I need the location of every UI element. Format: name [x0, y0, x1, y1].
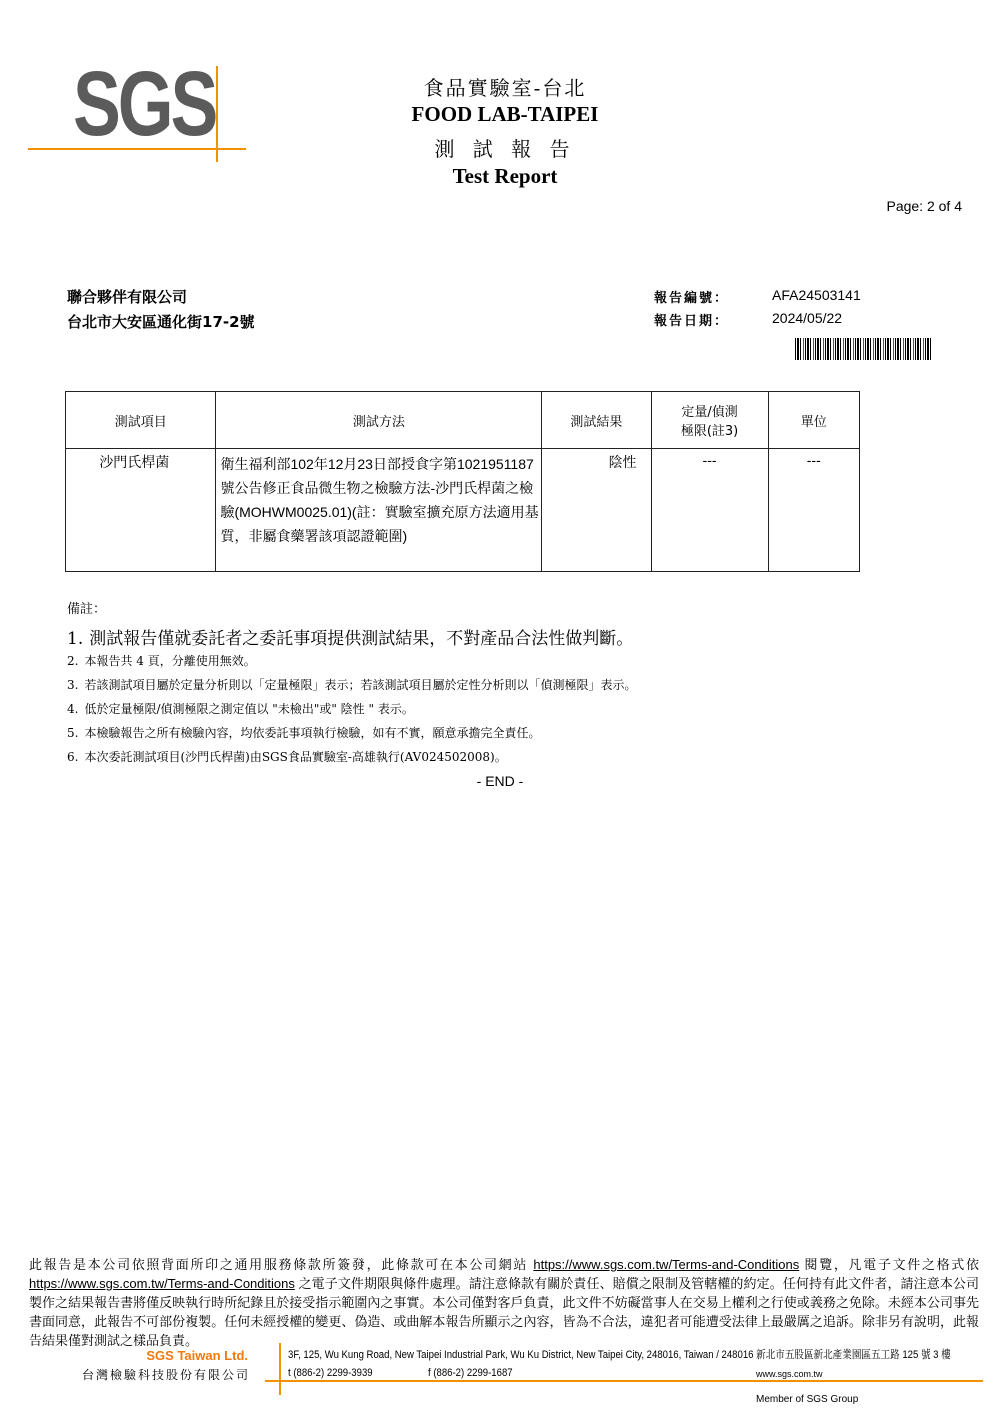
note-number: 4. — [67, 702, 78, 716]
client-name: 聯合夥伴有限公司 — [67, 286, 187, 307]
note-number: 5. — [67, 726, 78, 740]
header-limit-line1: 定量/偵測 — [653, 401, 767, 420]
disclaimer-text: 此報告是本公司依照背面所印之通用服務條款所簽發，此條款可在本公司網站 — [29, 1257, 533, 1272]
terms-link[interactable]: https://www.sgs.com.tw/Terms-and-Conditi… — [533, 1257, 799, 1272]
logo-horizontal-line — [28, 148, 246, 150]
header-test-method: 測試方法 — [216, 392, 542, 449]
footer-divider-vertical — [279, 1343, 281, 1395]
cell-limit: --- — [651, 449, 768, 572]
report-date: 2024/05/22 — [772, 310, 842, 326]
logo-text: SGS — [73, 58, 215, 150]
note-item: 3.若該測試項目屬於定量分析則以「定量極限」表示；若該測試項目屬於定性分析則以「… — [67, 676, 636, 693]
notes-title: 備註： — [67, 598, 106, 617]
report-number: AFA24503141 — [772, 287, 861, 303]
page-number: Page: 2 of 4 — [886, 198, 962, 214]
footer-address: 3F, 125, Wu Kung Road, New Taipei Indust… — [288, 1346, 951, 1362]
note-item: 1.測試報告僅就委託者之委託事項提供測試結果，不對產品合法性做判斷。 — [67, 624, 633, 649]
cell-test-method: 衛生福利部102年12月23日部授食字第1021951187號公告修正食品微生物… — [216, 449, 542, 572]
note-item: 2.本報告共 4 頁，分離使用無效。 — [67, 652, 256, 669]
report-number-label: 報告編號： — [654, 287, 729, 306]
note-number: 6. — [67, 750, 78, 764]
client-address: 台北市大安區通化街17-2號 — [67, 311, 255, 332]
footer-company-zh: 台灣檢驗科技股份有限公司 — [82, 1366, 250, 1383]
end-marker: - END - — [0, 773, 1000, 789]
sgs-logo: SGS — [28, 66, 248, 162]
table-row: 沙門氏桿菌 衛生福利部102年12月23日部授食字第1021951187號公告修… — [66, 449, 860, 572]
note-text: 若該測試項目屬於定量分析則以「定量極限」表示；若該測試項目屬於定性分析則以「偵測… — [84, 678, 636, 692]
terms-link[interactable]: https://www.sgs.com.tw/Terms-and-Conditi… — [29, 1276, 295, 1291]
footer-company-en: SGS Taiwan Ltd. — [146, 1348, 248, 1363]
footer-website[interactable]: www.sgs.com.tw — [756, 1369, 823, 1379]
lab-title-en: FOOD LAB-TAIPEI — [300, 102, 710, 127]
footer-member-text: Member of SGS Group — [756, 1394, 858, 1405]
lab-title-zh: 食品實驗室-台北 — [300, 72, 710, 101]
report-date-label: 報告日期： — [654, 310, 729, 329]
cell-test-result: 陰性 — [542, 449, 651, 572]
note-number: 3. — [67, 678, 78, 692]
header-limit: 定量/偵測 極限(註3) — [651, 392, 768, 449]
note-text: 低於定量極限/偵測極限之測定值以 "未檢出"或" 陰性 " 表示。 — [84, 702, 413, 716]
cell-unit: --- — [768, 449, 859, 572]
note-number: 2. — [67, 654, 78, 668]
header-test-item: 測試項目 — [66, 392, 216, 449]
note-text: 本報告共 4 頁，分離使用無效。 — [84, 654, 255, 668]
barcode — [795, 338, 932, 360]
footer-disclaimer: 此報告是本公司依照背面所印之通用服務條款所簽發，此條款可在本公司網站 https… — [29, 1255, 979, 1350]
table-header-row: 測試項目 測試方法 測試結果 定量/偵測 極限(註3) 單位 — [66, 392, 860, 449]
footer-telephone: t (886-2) 2299-3939 — [288, 1367, 373, 1379]
note-text: 測試報告僅就委託者之委託事項提供測試結果，不對產品合法性做判斷。 — [89, 629, 633, 649]
footer-fax: f (886-2) 2299-1687 — [428, 1367, 513, 1379]
footer-divider-horizontal — [265, 1380, 983, 1382]
note-item: 4.低於定量極限/偵測極限之測定值以 "未檢出"或" 陰性 " 表示。 — [67, 700, 414, 717]
header-limit-line2: 極限(註3) — [653, 420, 767, 439]
cell-test-item: 沙門氏桿菌 — [66, 449, 216, 572]
results-table: 測試項目 測試方法 測試結果 定量/偵測 極限(註3) 單位 沙門氏桿菌 衛生福… — [65, 391, 860, 572]
note-number: 1. — [67, 629, 83, 649]
header-test-result: 測試結果 — [542, 392, 651, 449]
disclaimer-text: 閱覽，凡電子文件之格式依 — [799, 1257, 979, 1272]
note-item: 5.本檢驗報告之所有檢驗內容，均依委託事項執行檢驗，如有不實，願意承擔完全責任。 — [67, 724, 540, 741]
note-text: 本次委託測試項目(沙門氏桿菌)由SGS食品實驗室-高雄執行(AV02450200… — [84, 750, 506, 764]
header-unit: 單位 — [768, 392, 859, 449]
logo-vertical-line — [216, 66, 218, 162]
report-title-en: Test Report — [300, 164, 710, 189]
report-title-zh: 測 試 報 告 — [300, 133, 710, 162]
note-item: 6.本次委託測試項目(沙門氏桿菌)由SGS食品實驗室-高雄執行(AV024502… — [67, 748, 507, 765]
note-text: 本檢驗報告之所有檢驗內容，均依委託事項執行檢驗，如有不實，願意承擔完全責任。 — [84, 726, 540, 740]
